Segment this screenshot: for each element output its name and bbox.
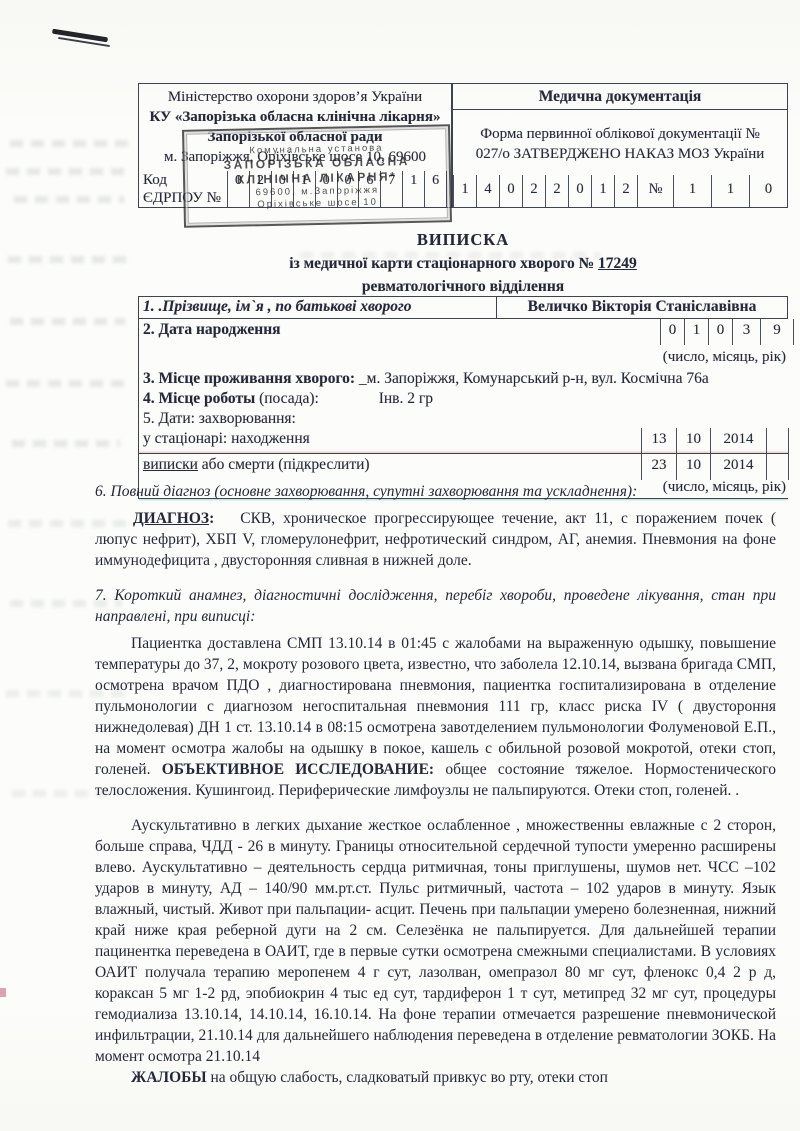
work-label: 4. Місце роботы — [143, 390, 255, 407]
dates-label: 5. Дати: захворювання: — [143, 410, 296, 427]
discharge-cells: 23 10 2014 — [641, 454, 789, 480]
code-word: Код — [143, 172, 167, 188]
work-row: 4. Місце роботы (посада): Інв. 2 гр — [139, 388, 788, 408]
admission-month: 10 — [676, 428, 710, 454]
edrpou-word: ЄДРПОУ № — [143, 190, 221, 206]
form-header: Міністерство охорони здоров’я України КУ… — [138, 83, 788, 208]
code-cell: 6 — [424, 171, 447, 207]
scanned-discharge-summary-page: Міністерство охорони здоров’я України КУ… — [0, 0, 800, 1131]
dob-cell: 0 — [660, 319, 684, 345]
bleed-through-text — [8, 256, 128, 263]
form-cell: 0 — [749, 175, 787, 207]
document-body: 6. Повний діагноз (основне захворювання,… — [95, 481, 776, 1088]
code-cell: 0 — [337, 171, 359, 207]
patient-name-row: 1. .Прізвище, ім`я , по батькові хворого… — [139, 296, 788, 319]
discharge-day: 23 — [641, 454, 676, 480]
form-cell-no: № — [637, 175, 673, 207]
item6-heading: 6. Повний діагноз (основне захворювання,… — [95, 481, 776, 502]
issuer-box: Міністерство охорони здоров’я України КУ… — [138, 83, 452, 208]
dob-cell: 0 — [708, 319, 732, 345]
patient-info-table: 1. .Прізвище, ім`я , по батькові хворого… — [138, 296, 788, 499]
form-cell: 4 — [476, 175, 499, 207]
bleed-through-text — [6, 380, 128, 387]
bleed-through-text — [10, 140, 128, 147]
code-cell: 1 — [402, 171, 424, 207]
diagnosis-label: ДИАГНОЗ — [133, 510, 209, 527]
dob-cell: 9 — [760, 319, 793, 345]
patient-name-label: 1. .Прізвище, ім`я , по батькові хворого — [139, 297, 497, 318]
work-label2: (посада): — [259, 390, 319, 407]
dob-cell: 0 — [793, 319, 800, 345]
form-cell: 2 — [545, 175, 568, 207]
discharge-label-underlined: виписки — [143, 456, 198, 473]
form-cell: 2 — [614, 175, 637, 207]
bleed-through-text — [6, 168, 130, 175]
patient-name-value: Величко Вікторія Станіславівна — [497, 297, 787, 318]
discharge-year: 2014 — [710, 454, 766, 480]
anamnesis-paragraph: Пациентка доставлена СМП 13.10.14 в 01:4… — [95, 633, 776, 801]
bleed-through-text — [12, 440, 120, 447]
dates-row: 5. Дати: захворювання: — [139, 408, 788, 428]
empty-cell — [766, 428, 789, 454]
address-line: м. Запоріжжя, Оріхівське шосе 10, 69600 — [143, 147, 447, 167]
dob-row: 2. Дата народження 0 1 0 3 9 0 — [139, 319, 788, 348]
residence-row: 3. Місце проживання хворого: _м. Запоріж… — [139, 368, 788, 388]
code-cell: 6 — [358, 171, 380, 207]
department-line: ревматологічного відділення — [138, 275, 788, 298]
form-line1: Форма первинної облікової документації № — [480, 126, 760, 142]
diagnosis-paragraph: ДИАГНОЗ:СКВ, хроническое прогрессирующее… — [95, 508, 776, 571]
discharge-month: 10 — [676, 454, 710, 480]
card-number-value: 17249 — [598, 255, 637, 272]
code-cell: 0 — [227, 171, 249, 207]
discharge-date-row: виписки або смерти (підкреслити) 23 10 2… — [139, 453, 788, 478]
anamnesis-text: Пациентка доставлена СМП 13.10.14 в 01:4… — [95, 635, 776, 778]
code-cell: 2 — [249, 171, 271, 207]
diagnosis-colon: : — [209, 510, 214, 527]
complaints-paragraph: ЖАЛОБЫ на общую слабость, сладковатый пр… — [95, 1067, 776, 1088]
form-cell: 1 — [591, 175, 614, 207]
admission-date-row: у стаціонарі: находження 13 10 2014 — [139, 428, 788, 453]
admission-day: 13 — [641, 428, 676, 454]
dob-cell: 3 — [732, 319, 760, 345]
edrpou-code-row: Код ЄДРПОУ № 0 2 0 1 0 0 6 7 1 6 — [143, 171, 447, 207]
form-number-text: Форма первинної облікової документації №… — [453, 110, 787, 175]
date-format-hint: (число, місяць, рік) — [139, 348, 788, 368]
form-info-box: Медична документація Форма первинної обл… — [452, 83, 788, 208]
form-line2: 027/о ЗАТВЕРДЖЕНО НАКАЗ МОЗ України — [476, 146, 765, 162]
work-value: Інв. 2 гр — [379, 390, 433, 407]
complaints-label: ЖАЛОБЫ — [131, 1069, 207, 1086]
admission-label: у стаціонарі: находження — [143, 430, 310, 447]
complaints-text: на общую слабость, сладковатый привкус в… — [210, 1069, 607, 1086]
form-cell: 1 — [453, 175, 476, 207]
dob-cells: 0 1 0 3 9 0 — [660, 319, 800, 345]
document-title: ВИПИСКА із медичної карти стаціонарного … — [138, 228, 788, 298]
code-cell: 7 — [380, 171, 402, 207]
residence-label: 3. Місце проживання хворого: — [143, 370, 355, 387]
discharge-label-rest: або смерти (підкреслити) — [198, 456, 370, 473]
hospital-line: КУ «Запорізька обласна клінічна лікарня» — [143, 107, 447, 127]
card-number-label: із медичної карти стаціонарного хворого … — [289, 255, 594, 272]
bleed-through-text — [14, 196, 124, 203]
dob-cell: 1 — [684, 319, 708, 345]
edge-ink-mark — [0, 988, 6, 997]
admission-cells: 13 10 2014 — [641, 428, 789, 454]
ministry-line: Міністерство охорони здоров’я України — [143, 87, 447, 107]
code-cell: 1 — [293, 171, 315, 207]
dob-label: 2. Дата народження — [143, 321, 281, 338]
objective-exam-label: ОБЪЕКТИВНОЕ ИССЛЕДОВАНИЕ: — [162, 761, 434, 778]
form-cell: 0 — [499, 175, 522, 207]
bleed-through-text — [10, 318, 125, 325]
form-cell: 0 — [568, 175, 591, 207]
council-line: Запорізької обласної ради — [143, 127, 447, 147]
residence-value: _м. Запоріжжя, Комунарський р-н, вул. Ко… — [359, 370, 709, 387]
empty-cell — [766, 454, 789, 480]
form-code-cells: 1 4 0 2 2 0 1 2 № 1 1 0 — [453, 175, 787, 207]
form-cell: 1 — [711, 175, 749, 207]
admission-year: 2014 — [710, 428, 766, 454]
item7-heading: 7. Короткий анамнез, діагностичні дослід… — [95, 585, 776, 627]
medical-documentation-title: Медична документація — [453, 84, 787, 110]
code-cell: 0 — [315, 171, 337, 207]
vypyska-title: ВИПИСКА — [138, 228, 788, 252]
auscultation-paragraph: Аускультативно в легких дыхание жесткое … — [95, 815, 776, 1067]
form-cell: 2 — [522, 175, 545, 207]
code-cell: 0 — [271, 171, 293, 207]
form-cell: 1 — [673, 175, 711, 207]
card-number-line: із медичної карти стаціонарного хворого … — [138, 252, 788, 275]
edrpou-label: Код ЄДРПОУ № — [143, 171, 227, 207]
edrpou-cells: 0 2 0 1 0 0 6 7 1 6 — [227, 171, 447, 207]
